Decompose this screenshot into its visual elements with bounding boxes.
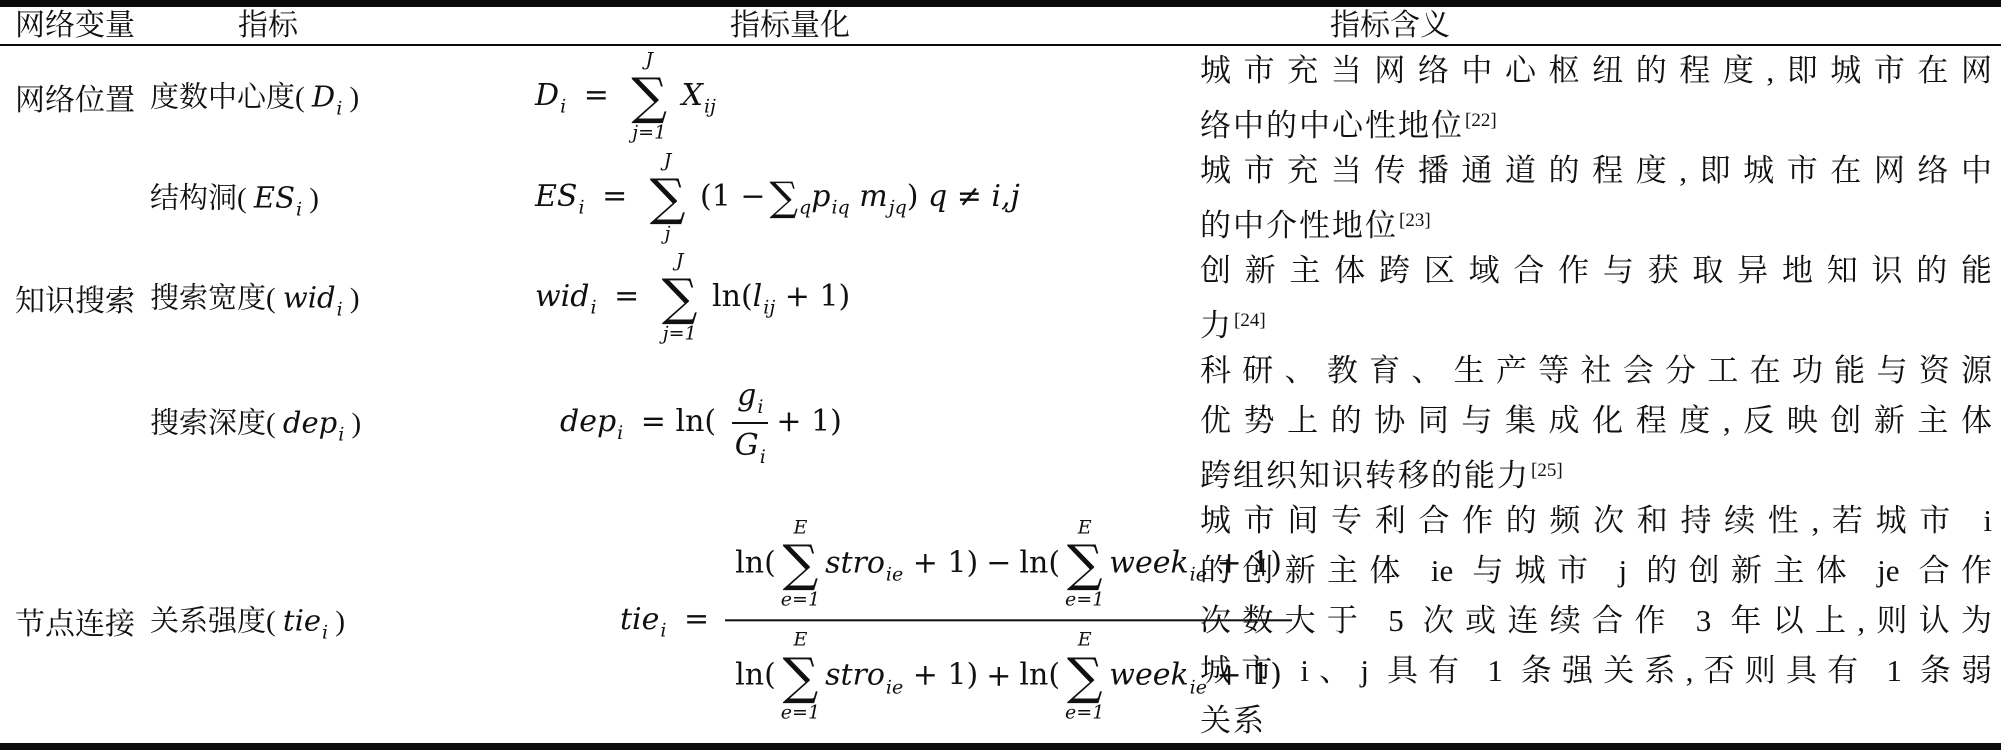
sigma-icon: ∑ xyxy=(631,72,667,123)
indicator-symbol: tie xyxy=(283,603,321,637)
ln-function: ln( xyxy=(735,545,776,580)
indicator-text: 度数中心度( xyxy=(150,82,312,114)
formula-lhs: ES xyxy=(535,179,577,214)
summation-operator: E∑e=1 xyxy=(1065,517,1104,612)
indicator-text: ) xyxy=(344,408,361,440)
summation-operator: E∑e=1 xyxy=(781,630,820,725)
sum-index-subscript: q xyxy=(799,197,811,219)
network-variable-label: 网络位置 xyxy=(15,75,135,119)
indicator-symbol: wid xyxy=(283,281,336,315)
header-indicator: 指标 xyxy=(238,7,298,44)
meaning-line: 关系 xyxy=(1200,696,1992,746)
formula-subscript: i xyxy=(578,197,584,219)
meaning-line: 力[24] xyxy=(1200,296,1992,346)
indicator-text: 搜索宽度( xyxy=(150,283,283,315)
formula-subscript: ij xyxy=(763,297,775,319)
sigma-icon: ∑ xyxy=(1067,539,1103,590)
meaning-column: 城市充当网络中心枢纽的程度,即城市在网 络中的中心性地位[22] 城市充当传播通… xyxy=(1200,46,1992,746)
meaning-line: 城市 i、j 具有 1 条强关系,否则具有 1 条弱 xyxy=(1200,646,1992,696)
formula-tail: + 1) xyxy=(785,279,850,314)
formula-search-depth: depi = ln(giGi+ 1) xyxy=(560,378,842,468)
meaning-text: 跨组织知识转移的能力 xyxy=(1200,458,1530,493)
sum-lower-limit: e=1 xyxy=(781,702,820,724)
formula-condition: q ≠ i,j xyxy=(928,179,1020,214)
indicator-symbol: D xyxy=(312,80,335,114)
summation-operator: E∑e=1 xyxy=(1065,630,1104,725)
formula-subscript: ie xyxy=(886,563,903,585)
meaning-row4: 科研、教育、生产等社会分工在功能与资源 优势上的协同与集成化程度,反映创新主体 … xyxy=(1200,346,1992,496)
indicator-text: ) xyxy=(302,183,319,215)
indicator-label: 结构洞( ESi ) xyxy=(150,176,319,221)
equals-sign: = xyxy=(602,179,627,214)
meaning-text: 的中介性地位 xyxy=(1200,208,1398,243)
fraction-numerator: gi xyxy=(732,378,768,424)
sigma-icon: ∑ xyxy=(650,173,686,224)
formula-term: p xyxy=(811,179,830,214)
indicator-text: 关系强度( xyxy=(150,605,283,637)
formula-term: stro xyxy=(825,658,885,693)
formula-term: week xyxy=(1109,658,1188,693)
formula-term: X xyxy=(682,78,703,113)
equals-sign: = xyxy=(614,279,639,314)
network-variable-label: 知识搜索 xyxy=(15,276,135,320)
formula-close-paren: ) xyxy=(907,179,919,214)
sigma-icon: ∑ xyxy=(1067,651,1103,702)
header-network-variable: 网络变量 xyxy=(15,7,135,44)
fraction: giGi xyxy=(732,378,768,468)
sigma-icon: ∑ xyxy=(769,175,798,221)
header-meaning: 指标含义 xyxy=(1330,7,1450,44)
formula-subscript: iq xyxy=(831,197,849,219)
formula-term: G xyxy=(735,428,759,463)
formula-subscript: i xyxy=(757,396,763,418)
meaning-line: 城市充当传播通道的程度,即城市在网络中 xyxy=(1200,146,1992,196)
formula-structural-hole: ESi = J∑j (1 −∑qpiq mjq) q ≠ i,j xyxy=(535,151,1020,246)
indicator-table: 网络变量 指标 指标量化 指标含义 网络位置 度数中心度( Di ) Di = … xyxy=(0,0,2001,750)
table-row: 搜索深度( depi ) depi = ln(giGi+ 1) xyxy=(0,348,1200,498)
formula-subscript: i xyxy=(617,422,623,444)
meaning-line: 次数大于 5 次或连续合作 3 年以上,则认为 xyxy=(1200,596,1992,646)
formula-degree-centrality: Di = J∑j=1 Xij xyxy=(535,50,716,145)
indicator-text: 搜索深度( xyxy=(150,408,283,440)
network-variable-label: 节点连接 xyxy=(15,599,135,643)
indicator-text: ) xyxy=(328,605,345,637)
formula-tail: + 1) xyxy=(913,658,978,693)
sum-lower-limit: j xyxy=(665,224,671,246)
formula-term: stro xyxy=(825,545,885,580)
sum-lower-limit: j=1 xyxy=(632,123,666,145)
meaning-line: 创新主体跨区域合作与获取异地知识的能 xyxy=(1200,246,1992,296)
equals-sign: = xyxy=(584,78,609,113)
table-row: 网络位置 度数中心度( Di ) Di = J∑j=1 Xij xyxy=(0,46,1200,148)
formula-lhs: dep xyxy=(560,404,616,439)
formula-subscript: ij xyxy=(704,96,716,118)
indicator-label: 关系强度( tiei ) xyxy=(150,598,345,643)
meaning-line: 优势上的协同与集成化程度,反映创新主体 xyxy=(1200,396,1992,446)
formula-subscript: i xyxy=(660,620,666,642)
minus-sign: − xyxy=(986,545,1011,580)
meaning-row5: 城市间专利合作的频次和持续性,若城市 i 的创新主体 ie 与城市 j 的创新主… xyxy=(1200,496,1992,746)
formula-term: week xyxy=(1109,545,1188,580)
formula-tail: + 1) xyxy=(913,545,978,580)
formula-subscript: jq xyxy=(889,197,907,219)
ln-function: ln( xyxy=(1019,658,1060,693)
meaning-line: 城市间专利合作的频次和持续性,若城市 i xyxy=(1200,496,1992,546)
indicator-symbol: ES xyxy=(254,181,295,215)
indicator-label: 搜索深度( depi ) xyxy=(150,401,361,446)
formula-search-width: widi = J∑j=1 ln(lij + 1) xyxy=(535,251,850,346)
header-quantification: 指标量化 xyxy=(730,7,850,44)
indicator-label: 度数中心度( Di ) xyxy=(150,75,359,120)
ln-function: ln( xyxy=(735,658,776,693)
formula-term: g xyxy=(737,378,756,413)
formula-open-paren: (1 − xyxy=(700,179,765,214)
formula-subscript: ie xyxy=(886,676,903,698)
formula-tie-strength: tiei =ln(E∑e=1stroie + 1)−ln(E∑e=1weekie… xyxy=(620,517,1300,724)
formula-term: l xyxy=(753,279,763,314)
citation-ref: [25] xyxy=(1531,460,1563,481)
meaning-line: 科研、教育、生产等社会分工在功能与资源 xyxy=(1200,346,1992,396)
sigma-icon: ∑ xyxy=(783,651,819,702)
formula-tail: + 1) xyxy=(776,404,841,439)
table-row: 结构洞( ESi ) ESi = J∑j (1 −∑qpiq mjq) q ≠ … xyxy=(0,148,1200,248)
fraction-denominator: Gi xyxy=(735,424,766,468)
equals-sign: = xyxy=(684,602,709,637)
sum-lower-limit: e=1 xyxy=(1065,702,1104,724)
indicator-text: 结构洞( xyxy=(150,183,254,215)
indicator-label: 搜索宽度( widi ) xyxy=(150,276,360,321)
formula-subscript: i xyxy=(560,96,566,118)
indicator-text: ) xyxy=(343,283,360,315)
formula-lhs: tie xyxy=(620,602,659,637)
meaning-text: 力 xyxy=(1200,308,1233,343)
ln-function: ln( xyxy=(712,279,753,314)
indicator-text: ) xyxy=(342,82,359,114)
citation-ref: [24] xyxy=(1234,310,1266,331)
sum-lower-limit: j=1 xyxy=(663,324,697,346)
meaning-line: 的中介性地位[23] xyxy=(1200,196,1992,246)
table-row: 知识搜索 搜索宽度( widi ) widi = J∑j=1 ln(lij + … xyxy=(0,248,1200,348)
formula-subscript: i xyxy=(590,297,596,319)
summation-operator: J∑j=1 xyxy=(631,50,667,145)
sigma-icon: ∑ xyxy=(662,273,698,324)
meaning-row1: 城市充当网络中心枢纽的程度,即城市在网 络中的中心性地位[22] xyxy=(1200,46,1992,146)
meaning-row2: 城市充当传播通道的程度,即城市在网络中 的中介性地位[23] xyxy=(1200,146,1992,246)
citation-ref: [22] xyxy=(1465,110,1497,131)
sigma-icon: ∑ xyxy=(783,539,819,590)
top-border-rule xyxy=(0,0,2001,7)
meaning-row3: 创新主体跨区域合作与获取异地知识的能 力[24] xyxy=(1200,246,1992,346)
meaning-line: 络中的中心性地位[22] xyxy=(1200,96,1992,146)
formula-lhs: D xyxy=(535,78,559,113)
sum-lower-limit: e=1 xyxy=(781,590,820,612)
sum-lower-limit: e=1 xyxy=(1065,590,1104,612)
meaning-line: 跨组织知识转移的能力[25] xyxy=(1200,446,1992,496)
equals-ln: = ln( xyxy=(641,404,716,439)
meaning-line: 的创新主体 ie 与城市 j 的创新主体 je 合作 xyxy=(1200,546,1992,596)
citation-ref: [23] xyxy=(1399,210,1431,231)
summation-operator: J∑j xyxy=(650,151,686,246)
meaning-line: 城市充当网络中心枢纽的程度,即城市在网 xyxy=(1200,46,1992,96)
table-row: 节点连接 关系强度( tiei ) tiei =ln(E∑e=1stroie +… xyxy=(0,498,1200,743)
formula-subscript: i xyxy=(760,446,766,468)
formula-lhs: wid xyxy=(535,279,589,314)
meaning-text: 络中的中心性地位 xyxy=(1200,108,1464,143)
summation-operator: J∑j=1 xyxy=(662,251,698,346)
formula-term: m xyxy=(859,179,887,214)
summation-operator: E∑e=1 xyxy=(781,517,820,612)
ln-function: ln( xyxy=(1019,545,1060,580)
plus-sign: + xyxy=(986,658,1011,693)
indicator-symbol: dep xyxy=(283,406,337,440)
